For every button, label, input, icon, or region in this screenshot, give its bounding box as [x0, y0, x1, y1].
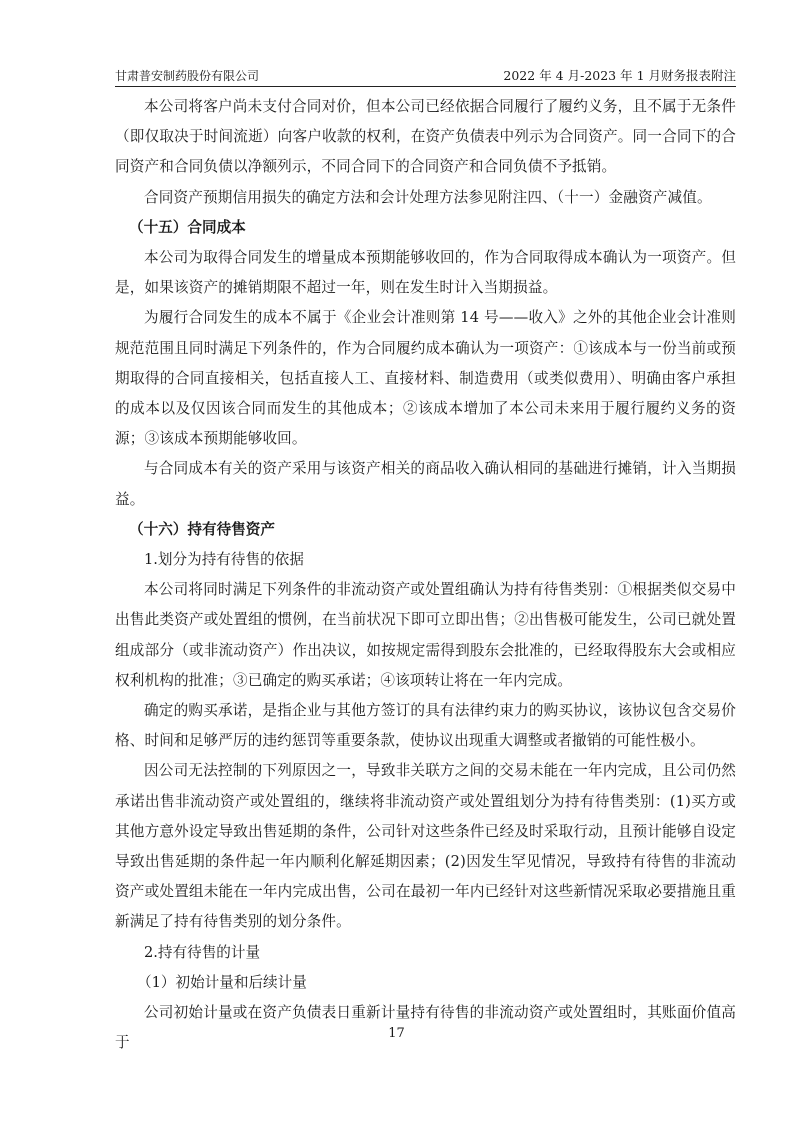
company-name: 甘肃普安制药股份有限公司 — [115, 66, 259, 86]
page-header: 甘肃普安制药股份有限公司 2022 年 4 月-2023 年 1 月财务报表附注 — [115, 64, 736, 87]
page-number: 17 — [0, 1026, 793, 1041]
report-title: 2022 年 4 月-2023 年 1 月财务报表附注 — [503, 66, 736, 86]
subheading-initial-subsequent-measurement: （1）初始计量和后续计量 — [115, 968, 736, 998]
paragraph-contract-cost-amortization: 与合同成本有关的资产采用与该资产相关的商品收入确认相同的基础进行摊销，计入当期损… — [115, 454, 736, 514]
paragraph-contract-acquisition-costs: 本公司为取得合同发生的增量成本预期能够收回的，作为合同取得成本确认为一项资产。但… — [115, 243, 736, 303]
section-heading-held-for-sale: （十六）持有待售资产 — [115, 515, 736, 545]
subheading-held-for-sale-basis: 1.划分为持有待售的依据 — [115, 545, 736, 575]
subheading-held-for-sale-measurement: 2.持有待售的计量 — [115, 938, 736, 968]
paragraph-contract-assets: 本公司将客户尚未支付合同对价，但本公司已经依据合同履行了履约义务，且不属于无条件… — [115, 92, 736, 183]
paragraph-contract-assets-impairment: 合同资产预期信用损失的确定方法和会计处理方法参见附注四、（十一）金融资产减值。 — [115, 183, 736, 213]
paragraph-contract-fulfillment-costs: 为履行合同发生的成本不属于《企业会计准则第 14 号——收入》之外的其他企业会计… — [115, 303, 736, 454]
paragraph-sale-delay-exceptions: 因公司无法控制的下列原因之一，导致非关联方之间的交易未能在一年内完成，且公司仍然… — [115, 756, 736, 937]
section-heading-contract-costs: （十五）合同成本 — [115, 213, 736, 243]
paragraph-firm-purchase-commitment: 确定的购买承诺，是指企业与其他方签订的具有法律约束力的购买协议，该协议包含交易价… — [115, 696, 736, 756]
paragraph-held-for-sale-conditions: 本公司将同时满足下列条件的非流动资产或处置组确认为持有待售类别：①根据类似交易中… — [115, 575, 736, 696]
document-body: 本公司将客户尚未支付合同对价，但本公司已经依据合同履行了履约义务，且不属于无条件… — [115, 92, 736, 1059]
